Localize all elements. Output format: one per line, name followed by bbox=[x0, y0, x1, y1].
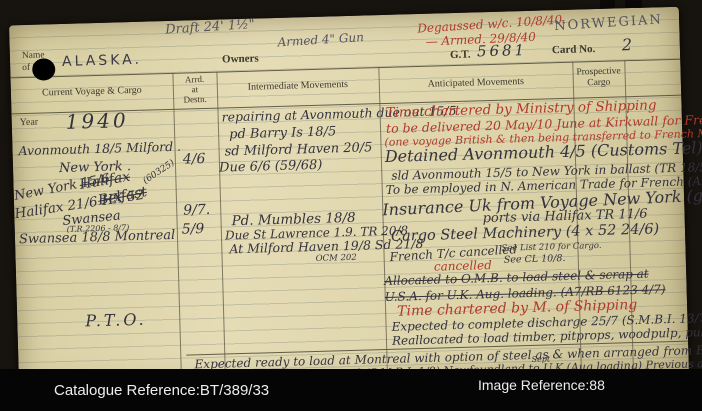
intermediate-convoy-note: OCM 202 bbox=[316, 253, 357, 264]
hole-punch bbox=[32, 58, 56, 81]
column-header-anticipated: Anticipated Movements bbox=[379, 75, 573, 91]
year-label: Year bbox=[20, 117, 39, 129]
voyage-row: Avonmouth 18/5 Milford . bbox=[18, 139, 181, 159]
gross-tonnage-label: G.T. bbox=[450, 49, 471, 62]
catalogue-reference: Catalogue Reference:BT/389/33 bbox=[54, 382, 269, 399]
scanned-record-card-page: Draft 24' 1½" Armed 4" Gun Degaussed w/c… bbox=[0, 0, 702, 411]
voyage-row: Swansea 18/8 Montreal bbox=[19, 228, 176, 247]
column-header-current-voyage: Current Voyage & Cargo bbox=[11, 84, 173, 100]
column-header-prospective: Prospective bbox=[572, 66, 624, 77]
ship-record-card: Draft 24' 1½" Armed 4" Gun Degaussed w/c… bbox=[9, 7, 689, 392]
intermediate-line: sd Milford Haven 20/5 bbox=[224, 140, 372, 159]
pto-note: P.T.O. bbox=[85, 310, 147, 331]
voyage-row-note: (60325) bbox=[141, 158, 176, 186]
intermediate-line: Due 6/6 (59/68) bbox=[219, 158, 323, 176]
column-header-intermediate: Intermediate Movements bbox=[217, 78, 379, 94]
anticipated-line: Cargo Steel Machinery (4 x 52 24/6) bbox=[391, 221, 660, 244]
gross-tonnage-value: 5681 bbox=[477, 41, 528, 60]
bottom-insert-note: Sept bbox=[531, 354, 550, 364]
owners-label: Owners bbox=[222, 52, 259, 65]
column-header-prospective-cargo: Cargo bbox=[573, 77, 625, 88]
image-reference: Image Reference:88 bbox=[478, 377, 605, 393]
arrival-date: 5/9 bbox=[182, 221, 205, 238]
arrival-date: 4/6 bbox=[183, 151, 206, 168]
intermediate-line: pd Barry Is 18/5 bbox=[229, 124, 337, 142]
armed-gun-note: Armed 4" Gun bbox=[277, 30, 364, 49]
nationality-note: NORWEGIAN bbox=[554, 12, 663, 34]
card-no-label: Card No. bbox=[552, 43, 596, 56]
column-header-arrd-destn: Destn. bbox=[173, 94, 217, 105]
year-value: 1940 bbox=[65, 108, 129, 134]
ship-name: ALASKA. bbox=[62, 52, 142, 70]
card-no-value: 2 bbox=[622, 35, 633, 54]
draft-note: Draft 24' 1½" bbox=[165, 17, 255, 38]
arrival-date: 9/7. bbox=[183, 202, 210, 219]
